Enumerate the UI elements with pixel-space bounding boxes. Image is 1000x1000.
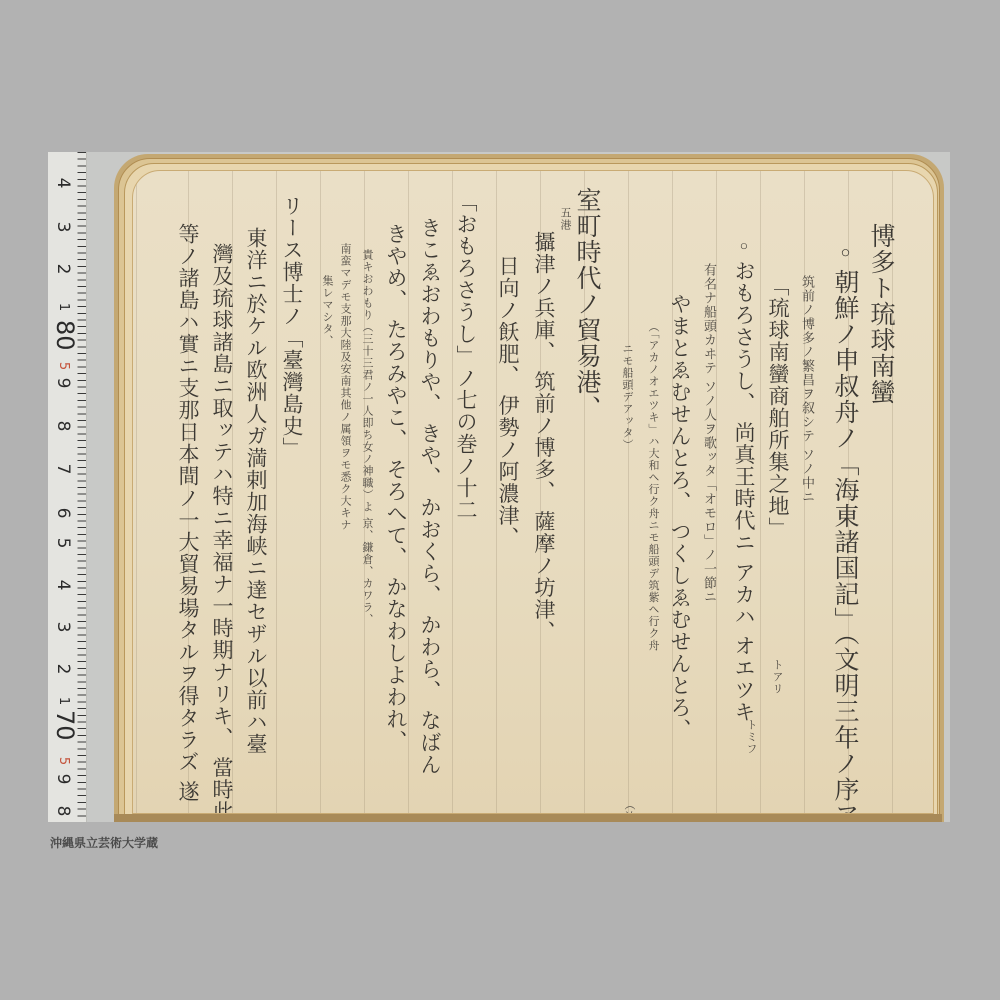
ruler-number: 70 — [56, 710, 74, 736]
ruler-number: 4 — [54, 174, 72, 192]
ruler-number-accent: 5 — [54, 752, 72, 770]
handwritten-line: 灣及琉球諸島ニ取ッテハ特ニ幸福ナ一時期ナリキ、 當時此 — [207, 243, 237, 814]
handwritten-line: 貴キおわもり（三十三君ノ一人即ち女ノ神職）よ 京、鎌倉、カワラ、 — [359, 249, 375, 626]
handwritten-line: 攝津ノ兵庫、 筑前ノ博多、 薩摩ノ坊津、 — [529, 231, 559, 642]
handwritten-annotation: トアリ — [769, 659, 785, 695]
handwritten-heading: 室町時代ノ貿易港、 — [569, 187, 605, 421]
ruler-number: 80 — [56, 320, 74, 346]
ruler-number: 9 — [54, 770, 72, 788]
ruler-number: 8 — [54, 802, 72, 820]
handwritten-line: 南蛮マデモ支那大陸及安南其他ノ属領ヲモ悉ク大キナ — [337, 243, 353, 531]
notebook-bottom-edge — [114, 814, 942, 822]
ruler-number: 7 — [54, 460, 72, 478]
handwritten-line: ◦おもろさうし、 尚真王時代ニ アカハ オエツキ — [729, 235, 759, 723]
ruler-number: 3 — [54, 618, 72, 636]
ruler-number: 9 — [54, 374, 72, 392]
ruler-number: 8 — [54, 417, 72, 435]
handwritten-heading: 博多ト琉球南蠻 — [863, 223, 899, 405]
ruler-number: 1 — [54, 692, 72, 710]
handwritten-line: ニモ船頭デアッタ） — [619, 343, 635, 451]
handwritten-annotation: 五港 — [557, 207, 573, 231]
handwritten-line: 東洋ニ於ケル欧洲人ガ満剌加海峡ニ達セザル以前ハ臺 — [241, 227, 271, 755]
archival-photo-view: 4 3 2 1 80 5 9 8 7 6 5 4 3 2 1 70 5 9 8 … — [0, 0, 1000, 1000]
handwritten-line: 等ノ諸島ハ實ニ支那日本間ノ一大貿易場タルヲ得タラズ 遂 — [173, 223, 203, 803]
handwritten-line: きやめ、 たろみやこ、 そろへて、 かなわしよわれ、 — [381, 223, 411, 752]
ruler-number: 2 — [54, 260, 72, 278]
ruler-number: 5 — [54, 534, 72, 552]
handwritten-line: ◦朝鮮ノ申叔舟ノ「海東諸国記」（文明三年ノ序アリ）ニ — [827, 239, 863, 814]
handwritten-line: やまとゑむせんとろ、 つくしゑむせんとろ、 — [665, 293, 695, 741]
collection-credit-caption: 沖縄県立芸術大学蔵 — [50, 834, 158, 851]
handwritten-line: 有名ナ船頭カヰテ ソノ人ヲ歌ッタ「オモロ」ノ一節ニ — [699, 263, 718, 604]
ruler-number: 2 — [54, 660, 72, 678]
handwritten-heading: 「おもろさうし」ノ七の巻ノ十二 — [451, 191, 481, 521]
ruler-number: 4 — [54, 576, 72, 594]
handwritten-line: 筑前ノ博多ノ繁昌ヲ叙シテ ソノ中ニ — [797, 275, 816, 504]
handwritten-line: 集レマシタ、 — [319, 275, 335, 347]
notebook-page: 博多ト琉球南蠻 ◦朝鮮ノ申叔舟ノ「海東諸国記」（文明三年ノ序アリ）ニ 筑前ノ博多… — [132, 170, 934, 814]
handwritten-line: 「琉球南蠻商舶所集之地」 — [763, 275, 793, 539]
handwritten-annotation: （沖縄） — [621, 799, 637, 814]
handwritten-line: きこゑおわもりや、 きや、 かおくら、 かわら、 なばん — [415, 217, 445, 776]
notebook: 博多ト琉球南蠻 ◦朝鮮ノ申叔舟ノ「海東諸国記」（文明三年ノ序アリ）ニ 筑前ノ博多… — [114, 154, 944, 822]
ruler-number: 6 — [54, 504, 72, 522]
measuring-ruler: 4 3 2 1 80 5 9 8 7 6 5 4 3 2 1 70 5 9 8 — [48, 152, 87, 822]
handwritten-annotation: トミフ — [743, 719, 759, 755]
ruler-number: 1 — [54, 298, 72, 316]
handwritten-heading: リース博士ノ「臺灣島史」 — [277, 195, 307, 459]
handwritten-line: 日向ノ飫肥、 伊勢ノ阿濃津、 — [493, 255, 523, 549]
handwritten-line: （「アカノオエツキ」ハ大和ヘ行ク舟ニモ船頭デ筑紫ヘ行ク舟 — [645, 321, 661, 652]
ruler-number-accent: 5 — [54, 357, 72, 375]
ruler-number: 3 — [54, 218, 72, 236]
